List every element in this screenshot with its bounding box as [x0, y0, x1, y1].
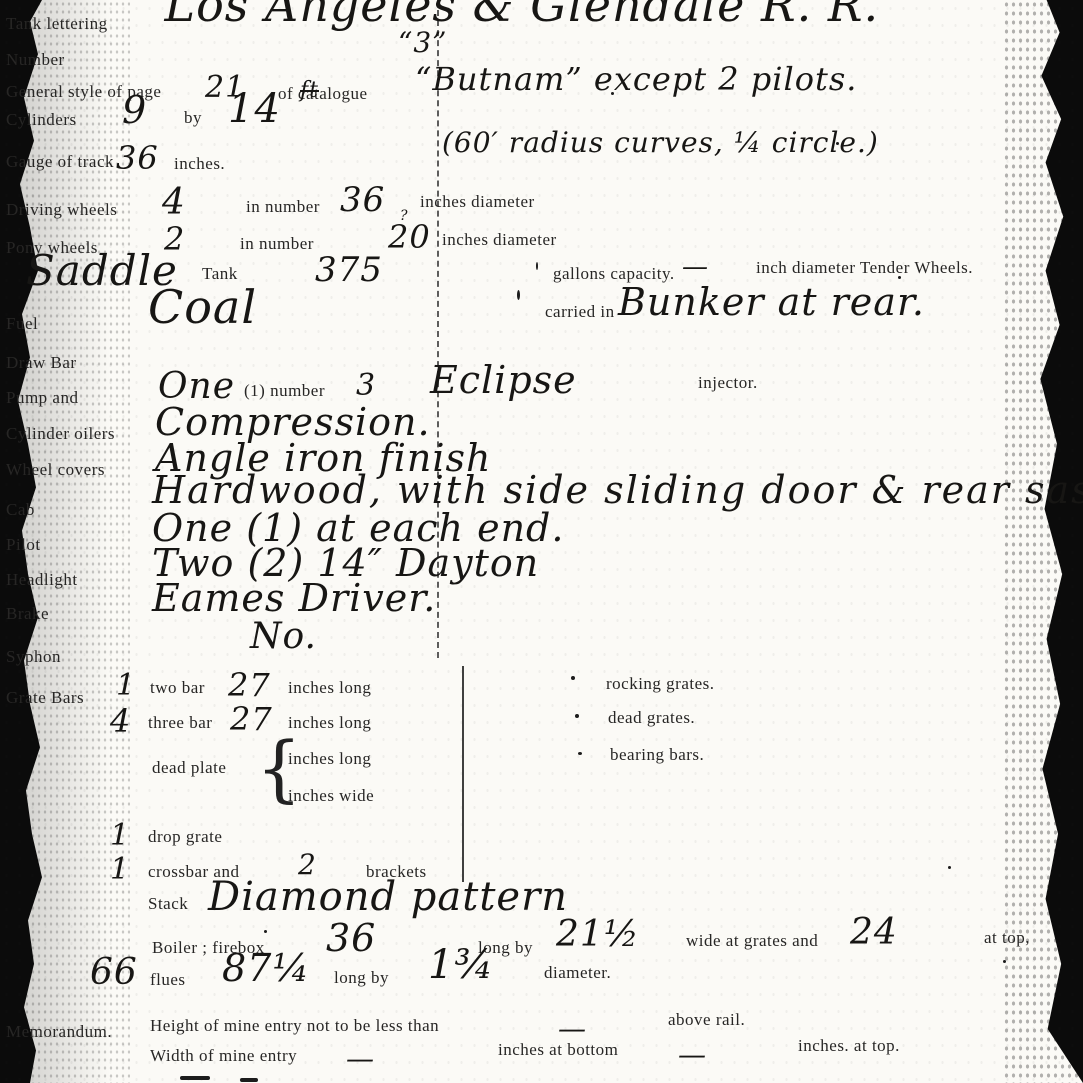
field-value-cylinder-stroke: 14	[228, 86, 281, 132]
grate-three-bar-label: three bar	[148, 713, 212, 733]
field-value-fuel-location: Bunker at rear.	[618, 280, 925, 324]
grate-two-bar-unit: inches long	[288, 678, 371, 698]
boiler-grate-width: 21½	[556, 914, 640, 955]
memo-width-suffix: inches. at top.	[798, 1036, 900, 1056]
flues-label: flues	[150, 970, 186, 990]
field-value-brake: Eames Driver.	[152, 576, 436, 620]
field-value-style: “Butnam” except 2 pilots.	[415, 60, 857, 98]
field-label-of-catalogue: of catalogue	[278, 84, 368, 104]
field-label-tank-lettering: Tank lettering	[6, 14, 108, 34]
grate-dead-plate-label: dead plate	[152, 758, 226, 778]
flues-diameter-unit: diameter.	[544, 963, 611, 983]
field-label-carried-in: carried in	[545, 302, 615, 322]
field-label-cylinders: Cylinders	[6, 110, 77, 130]
field-label-brake: Brake	[6, 604, 49, 624]
field-value-pony-wheel-diameter: 20	[388, 218, 431, 256]
field-value-cylinder-unit: ft	[300, 78, 319, 103]
field-label-grate-bars: Grate Bars	[6, 688, 84, 708]
field-label-injector: injector.	[698, 373, 758, 393]
field-label-tender-wheels: inch diameter Tender Wheels.	[756, 258, 973, 278]
noise-mark	[517, 290, 520, 300]
drop-grate-qty: 1	[110, 818, 130, 853]
field-value-cylinder-bore: 9	[122, 88, 147, 132]
field-value-driving-wheel-count: 4	[162, 182, 186, 223]
noise-mark-bottom-clipped-line	[180, 1076, 210, 1080]
memo-width-dash2: —	[678, 1038, 707, 1071]
field-label-stack: Stack	[148, 894, 188, 914]
field-value-driving-wheel-diameter: 36	[340, 180, 385, 220]
noise-mark	[264, 930, 267, 933]
boiler-firebox-length: 36	[326, 916, 376, 960]
field-unit-pony-wheels: inches diameter	[442, 230, 557, 250]
field-label-draw-bar: Draw Bar	[6, 353, 77, 373]
grate-dead-plate-unit-long: inches long	[288, 749, 371, 769]
field-label-in-number-1: in number	[246, 197, 320, 217]
memo-width-text: Width of mine entry	[150, 1046, 297, 1066]
memo-width-mid: inches at bottom	[498, 1040, 618, 1060]
memo-height-suffix: above rail.	[668, 1010, 745, 1030]
field-label-pump-number: (1) number	[244, 381, 325, 401]
field-label-pilot: Pilot	[6, 535, 41, 555]
noise-mark	[836, 142, 839, 145]
drop-grate-label: drop grate	[148, 827, 222, 847]
field-value-fuel: Coal	[148, 280, 257, 334]
noise-mark	[536, 262, 538, 270]
field-label-by: by	[184, 108, 202, 128]
noise-mark	[575, 714, 579, 718]
noise-mark-bottom-clipped-line	[240, 1078, 258, 1082]
noise-mark	[571, 676, 575, 680]
field-value-pump-num: 3	[356, 368, 376, 403]
memo-height-text: Height of mine entry not to be less than	[150, 1016, 439, 1036]
field-label-gauge: Gauge of track	[6, 152, 114, 172]
field-value-number: “3”	[398, 26, 447, 59]
field-label-number: Number	[6, 50, 65, 70]
field-label-headlight: Headlight	[6, 570, 78, 590]
boiler-at-top: at top,	[984, 928, 1030, 948]
field-unit-driving-wheels: inches diameter	[420, 192, 535, 212]
flues-diameter: 1¾	[428, 942, 494, 988]
grate-dead-plate-type: bearing bars.	[610, 745, 704, 765]
grate-dead-plate-unit-wide: inches wide	[288, 786, 374, 806]
noise-mark	[1003, 960, 1006, 963]
crossbar-qty: 1	[110, 852, 130, 887]
flues-length: 87¼	[222, 946, 310, 990]
field-unit-gauge: inches.	[174, 154, 225, 174]
grate-two-bar-qty: 1	[116, 668, 136, 703]
field-label-memorandum: Memorandum.	[6, 1022, 112, 1042]
grate-column-rule	[462, 666, 464, 882]
noise-mark	[578, 752, 582, 755]
noise-mark	[898, 276, 901, 279]
grate-two-bar-length: 27	[228, 666, 271, 704]
note-radius-curves: (60′ radius curves, ¼ circle.)	[442, 126, 879, 159]
field-label-wheel-covers: Wheel covers	[6, 460, 105, 480]
field-value-pump-brand: Eclipse	[430, 358, 577, 402]
field-value-tank-lettering: “Los Angeles & Glendale R. R.”	[140, 0, 904, 32]
field-label-syphon: Syphon	[6, 647, 61, 667]
scanned-specification-page: Tank lettering “Los Angeles & Glendale R…	[0, 0, 1083, 1083]
field-value-stack: Diamond pattern	[208, 874, 568, 920]
field-label-driving-wheels: Driving wheels	[6, 200, 117, 220]
field-label-fuel: Fuel	[6, 314, 38, 334]
grate-two-bar-label: two bar	[150, 678, 205, 698]
field-label-cylinder-oilers: Cylinder oilers	[6, 424, 115, 444]
noise-mark	[948, 866, 951, 869]
boiler-wide-at: wide at grates and	[686, 931, 818, 951]
grate-three-bar-qty: 4	[110, 702, 131, 740]
noise-mark	[611, 92, 614, 95]
grate-two-bar-type: rocking grates.	[606, 674, 715, 694]
field-label-in-number-2: in number	[240, 234, 314, 254]
grate-three-bar-type: dead grates.	[608, 708, 695, 728]
boiler-top-width: 24	[850, 912, 898, 953]
flues-long-by: long by	[334, 968, 389, 988]
memo-width-dash1: —	[346, 1042, 375, 1075]
field-value-syphon: No.	[250, 616, 317, 657]
field-label-pump: Pump and	[6, 388, 78, 408]
blank-dash-tender: —	[682, 252, 709, 282]
flues-count: 66	[90, 952, 138, 993]
field-label-cab: Cab	[6, 500, 35, 520]
field-value-gauge: 36	[116, 139, 159, 177]
field-value-tank-capacity: 375	[315, 250, 383, 290]
